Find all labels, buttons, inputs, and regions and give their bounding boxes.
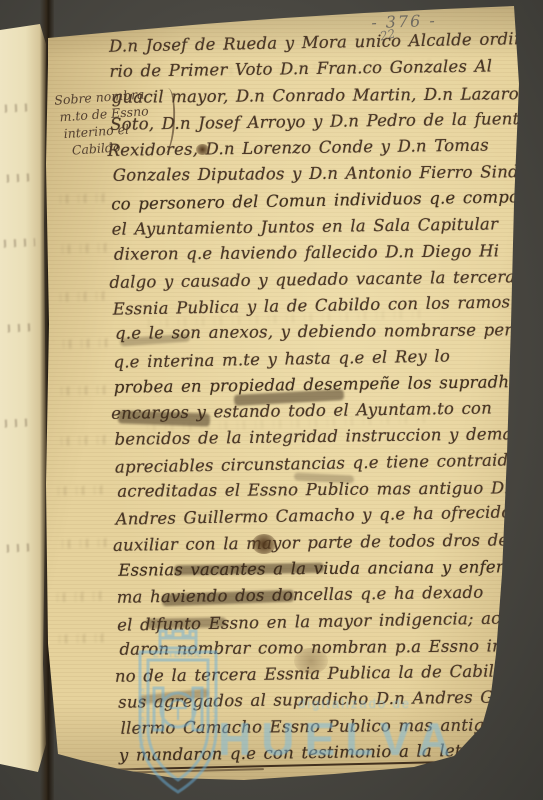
bleed-through-mark [55, 633, 107, 644]
crossed-out-text [146, 617, 226, 628]
ink-blot [294, 648, 328, 674]
bleed-through-mark [56, 485, 106, 496]
bleed-through-mark [53, 338, 111, 349]
manuscript-text-line: llermo Camacho Essno Publico mas antiguo [120, 712, 520, 742]
bleed-through-mark [2, 103, 32, 113]
bleed-through-mark [1, 238, 35, 248]
bleed-through-mark [54, 243, 110, 254]
bleed-through-mark [53, 538, 110, 549]
bleed-through-mark [57, 385, 109, 396]
bleed-through-mark [57, 591, 105, 602]
bleed-through-mark [4, 543, 32, 552]
bleed-through-mark [58, 291, 108, 302]
archive-scan-photo: - 376 - 22 Sobre nombram.to de Essnointe… [0, 0, 543, 800]
bleed-through-mark [5, 323, 31, 332]
ink-blot [196, 144, 209, 155]
bleed-through-mark [2, 418, 34, 428]
bleed-through-mark [54, 435, 109, 446]
manuscript-page: - 376 - 22 Sobre nombram.to de Essnointe… [44, 4, 522, 796]
bleed-through-mark [56, 193, 108, 204]
manuscript-text-line: guacil mayor, D.n Conrado Martin, D.n La… [112, 81, 512, 111]
bleed-through-mark [4, 173, 32, 182]
ink-blot [252, 534, 276, 554]
